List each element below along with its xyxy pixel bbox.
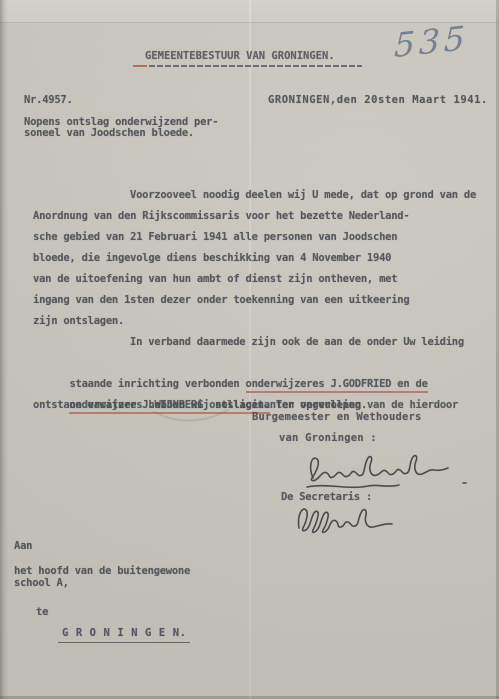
body-line: staande inrichting verbonden onderwijzer… <box>33 353 495 374</box>
date-line: GRONINGEN,den 20sten Maart 1941. <box>268 94 488 106</box>
letterhead-title: GEMEENTEBESTUUR VAN GRONINGEN. <box>145 50 335 62</box>
document-page: GEMEENTEBESTUUR VAN GRONINGEN. 535 Nr.49… <box>0 0 499 699</box>
body-line: ingang van den 1sten dezer onder toekenn… <box>33 290 495 311</box>
address-te: te <box>36 606 48 618</box>
body-line: onderwijzer J.WIJNBERG ontslagen. Ter ve… <box>33 374 495 395</box>
closing-van-groningen: van Groningen : <box>279 432 377 444</box>
body-line: Voorzooveel noodig deelen wij U mede, da… <box>33 185 495 206</box>
signature-secretaris <box>291 502 407 540</box>
subject-line-2: soneel van Joodschen bloede. <box>24 127 194 139</box>
body-line: sche gebied van 21 Februari 1941 alle pe… <box>33 227 495 248</box>
body-line: van de uitoefening van hun ambt of diens… <box>33 269 495 290</box>
address-city: G R O N I N G E N. <box>58 627 190 643</box>
scan-left-edge <box>0 0 8 699</box>
letterhead-underline <box>133 65 362 67</box>
body-line: In verband daarmede zijn ook de aan de o… <box>33 332 495 353</box>
body-line: bloede, die ingevolge diens beschikking … <box>33 248 495 269</box>
reference-number: Nr.4957. <box>24 94 73 106</box>
body-line: zijn ontslagen. <box>33 311 495 332</box>
signature-burgemeester <box>303 450 471 494</box>
letter-body: Voorzooveel noodig deelen wij U mede, da… <box>33 185 495 416</box>
address-salutation: Aan <box>14 540 32 552</box>
body-line: Anordnung van den Rijkscommissaris voor … <box>33 206 495 227</box>
underline-red-tinge <box>133 65 147 67</box>
address-line-1: het hoofd van de buitengewone <box>14 565 190 577</box>
address-line-2: school A, <box>14 577 69 589</box>
handwritten-archive-number: 535 <box>394 18 470 65</box>
closing-burgemeester: Burgemeester en Wethouders <box>252 411 422 423</box>
